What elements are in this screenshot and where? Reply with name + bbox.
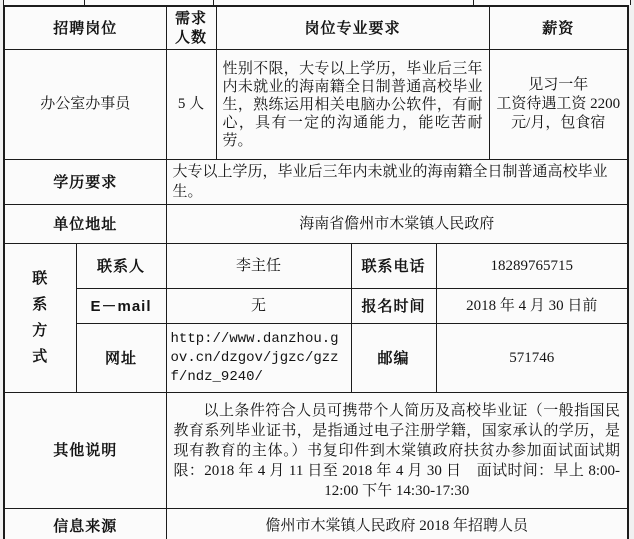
website-url: http://www.danzhou.gov.cn/dzgov/jgzc/gzz…	[166, 324, 351, 393]
recruitment-table: 招聘岗位 需求 人数 岗位专业要求 薪资 办公室办事员 5 人 性别不限，大专以…	[3, 5, 629, 539]
signup-time-label: 报名时间	[351, 289, 436, 324]
contact-person-row: 联 系 方 式 联系人 李主任 联系电话 18289765715	[4, 244, 628, 289]
job-title-cell: 办公室办事员	[4, 50, 166, 160]
headcount-cell: 5 人	[166, 50, 216, 160]
address-label: 单位地址	[4, 205, 166, 244]
phone-value: 18289765715	[436, 244, 628, 289]
contact-person-label: 联系人	[76, 244, 166, 289]
recruitment-table-sheet: 招聘岗位 需求 人数 岗位专业要求 薪资 办公室办事员 5 人 性别不限，大专以…	[0, 0, 634, 539]
other-notes-value: 以上条件符合人员可携带个人简历及高校毕业证（一般指国民教育系列毕业证书，是指通过…	[166, 393, 628, 509]
info-source-label: 信息来源	[4, 509, 166, 539]
postcode-label: 邮编	[351, 324, 436, 393]
website-label: 网址	[76, 324, 166, 393]
email-row: E－mail 无 报名时间 2018 年 4 月 30 日前	[4, 289, 628, 324]
salary-cell: 见习一年 工资待遇工资 2200 元/月，包食宿	[489, 50, 628, 160]
postcode-value: 571746	[436, 324, 628, 393]
requirements-cell: 性别不限，大专以上学历，毕业后三年内未就业的海南籍全日制普通高校毕业生，熟练运用…	[216, 50, 489, 160]
address-row: 单位地址 海南省儋州市木棠镇人民政府	[4, 205, 628, 244]
table-header-row: 招聘岗位 需求 人数 岗位专业要求 薪资	[4, 6, 628, 50]
email-label: E－mail	[76, 289, 166, 324]
info-source-row: 信息来源 儋州市木棠镇人民政府 2018 年招聘人员	[4, 509, 628, 539]
phone-label: 联系电话	[351, 244, 436, 289]
other-notes-row: 其他说明 以上条件符合人员可携带个人简历及高校毕业证（一般指国民教育系列毕业证书…	[4, 393, 628, 509]
info-source-value: 儋州市木棠镇人民政府 2018 年招聘人员	[166, 509, 628, 539]
remnant-border-line	[630, 0, 631, 5]
website-row: 网址 http://www.danzhou.gov.cn/dzgov/jgzc/…	[4, 324, 628, 393]
header-salary: 薪资	[489, 6, 628, 50]
other-notes-label: 其他说明	[4, 393, 166, 509]
education-label: 学历要求	[4, 160, 166, 205]
education-value: 大专以上学历，毕业后三年内未就业的海南籍全日制普通高校毕业生。	[166, 160, 628, 205]
address-value: 海南省儋州市木棠镇人民政府	[166, 205, 628, 244]
job-row: 办公室办事员 5 人 性别不限，大专以上学历，毕业后三年内未就业的海南籍全日制普…	[4, 50, 628, 160]
contact-person-value: 李主任	[166, 244, 351, 289]
education-row: 学历要求 大专以上学历，毕业后三年内未就业的海南籍全日制普通高校毕业生。	[4, 160, 628, 205]
header-requirements: 岗位专业要求	[216, 6, 489, 50]
header-job-title: 招聘岗位	[4, 6, 166, 50]
contact-group-label: 联 系 方 式	[4, 244, 76, 393]
header-headcount: 需求 人数	[166, 6, 216, 50]
signup-time-value: 2018 年 4 月 30 日前	[436, 289, 628, 324]
email-value: 无	[166, 289, 351, 324]
